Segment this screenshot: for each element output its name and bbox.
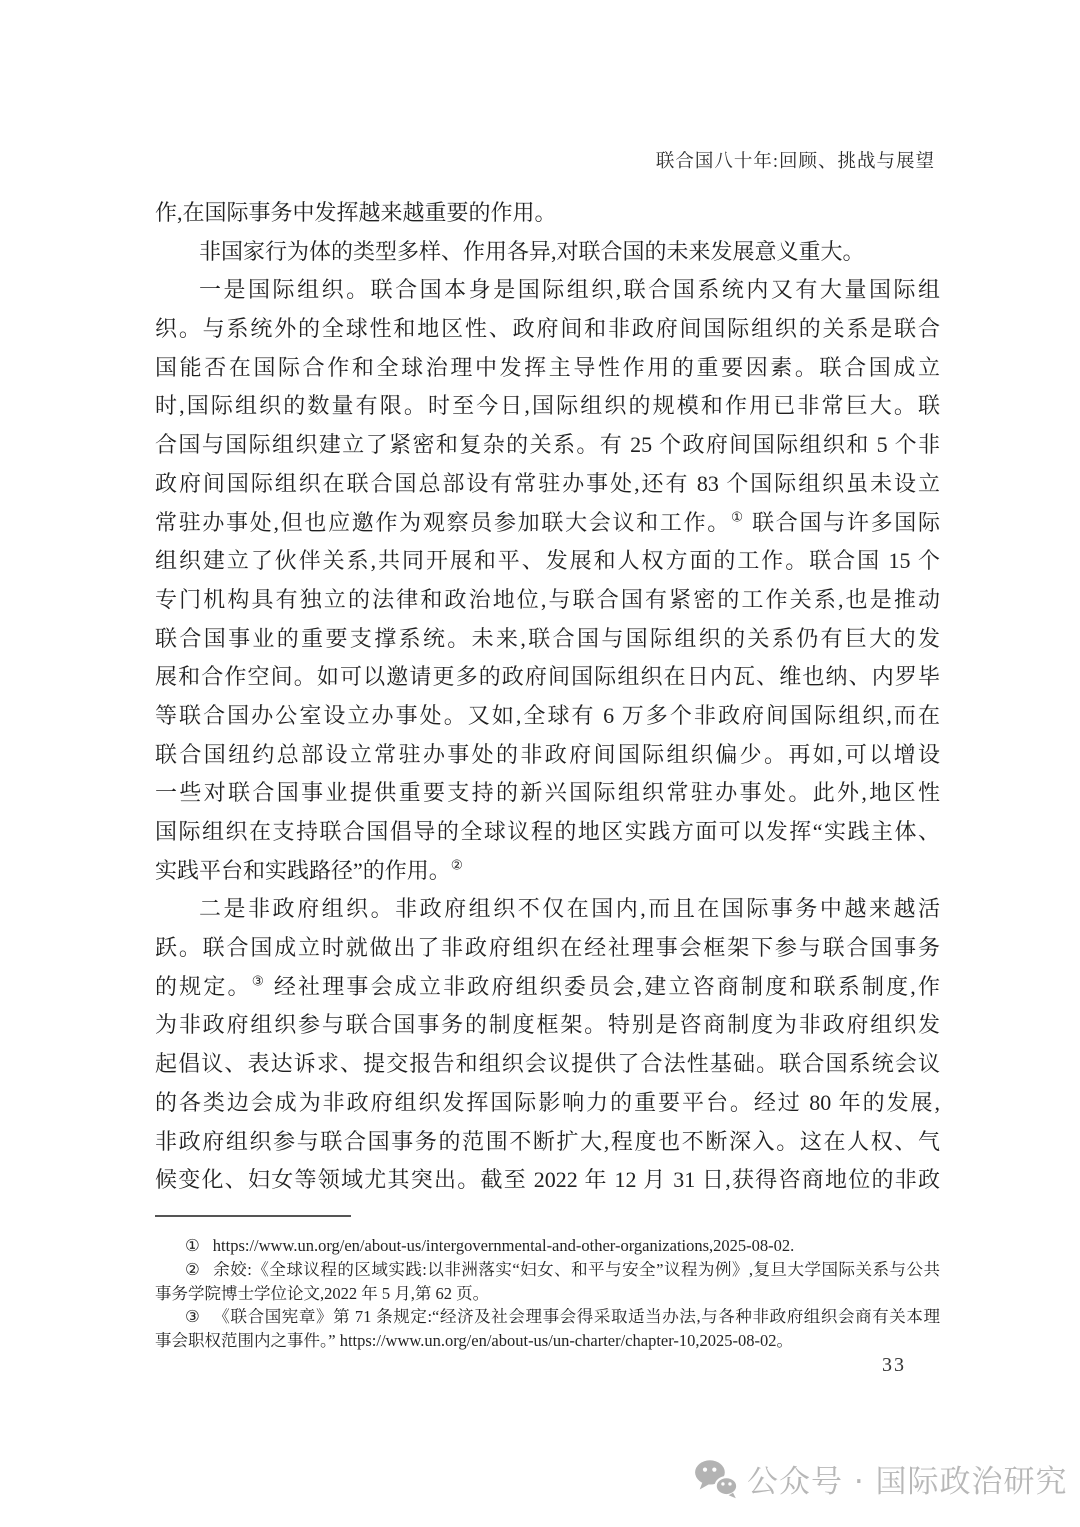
body-text: 作,在国际事务中发挥越来越重要的作用。 非国家行为体的类型多样、作用各异,对联合… [155,194,940,1200]
body-line: 一些对联合国事业提供重要支持的新兴国际组织常驻办事处。此外,地区性 [155,774,940,813]
footnote-marker: ② [185,1260,200,1279]
body-line: 政府间国际组织在联合国总部设有常驻办事处,还有 83 个国际组织虽未设立 [155,465,940,504]
body-line: 一是国际组织。联合国本身是国际组织,联合国系统内又有大量国际组 [155,271,940,310]
footnote-line: ①https://www.un.org/en/about-us/intergov… [155,1234,940,1258]
body-line: 二是非政府组织。非政府组织不仅在国内,而且在国际事务中越来越活 [155,890,940,929]
footnote-line: 事会职权范围内之事件。” https://www.un.org/en/about… [155,1329,940,1353]
body-line: 实践平台和实践路径”的作用。② [155,852,940,891]
body-line: 的规定。③ 经社理事会成立非政府组织委员会,建立咨商制度和联系制度,作 [155,968,940,1007]
footnote-marker: ③ [185,1307,200,1326]
page-number: 33 [882,1354,906,1377]
footnote-ref: ③ [252,973,266,988]
footnotes: ①https://www.un.org/en/about-us/intergov… [155,1234,940,1353]
watermark: 公众号 · 国际政治研究 [694,1456,1068,1501]
body-line: 时,国际组织的数量有限。时至今日,国际组织的规模和作用已非常巨大。联 [155,387,940,426]
body-line: 非政府组织参与联合国事务的范围不断扩大,程度也不断深入。这在人权、气 [155,1123,940,1162]
body-line: 为非政府组织参与联合国事务的制度框架。特别是咨商制度为非政府组织发 [155,1006,940,1045]
body-line: 常驻办事处,但也应邀作为观察员参加联大会议和工作。① 联合国与许多国际 [155,504,940,543]
footnote-marker: ① [185,1236,200,1255]
document-page: 联合国八十年:回顾、挑战与展望 作,在国际事务中发挥越来越重要的作用。 非国家行… [0,0,1080,1527]
body-line: 国能否在国际合作和全球治理中发挥主导性作用的重要因素。联合国成立 [155,349,940,388]
body-line: 专门机构具有独立的法律和政治地位,与联合国有紧密的工作关系,也是推动 [155,581,940,620]
body-line: 跃。联合国成立时就做出了非政府组织在经社理事会框架下参与联合国事务 [155,929,940,968]
body-line: 联合国事业的重要支撑系统。未来,联合国与国际组织的关系仍有巨大的发 [155,620,940,659]
body-line: 候变化、妇女等领域尤其突出。截至 2022 年 12 月 31 日,获得咨商地位… [155,1161,940,1200]
footnote-line: 事务学院博士学位论文,2022 年 5 月,第 62 页。 [155,1282,940,1306]
footnote-separator [155,1215,351,1217]
body-line: 国际组织在支持联合国倡导的全球议程的地区实践方面可以发挥“实践主体、 [155,813,940,852]
footnote-ref: ② [451,857,463,872]
body-line: 的各类边会成为非政府组织发挥国际影响力的重要平台。经过 80 年的发展, [155,1084,940,1123]
body-line: 等联合国办公室设立办事处。又如,全球有 6 万多个非政府间国际组织,而在 [155,697,940,736]
running-header: 联合国八十年:回顾、挑战与展望 [656,147,935,173]
body-line: 起倡议、表达诉求、提交报告和组织会议提供了合法性基础。联合国系统会议 [155,1045,940,1084]
body-line: 非国家行为体的类型多样、作用各异,对联合国的未来发展意义重大。 [155,233,940,272]
body-line: 联合国纽约总部设立常驻办事处的非政府间国际组织偏少。再如,可以增设 [155,736,940,775]
body-line: 织。与系统外的全球性和地区性、政府间和非政府间国际组织的关系是联合 [155,310,940,349]
footnote-ref: ① [731,509,745,524]
footnote-line: ②余姣:《全球议程的区域实践:以非洲落实“妇女、和平与安全”议程为例》,复旦大学… [155,1258,940,1282]
wechat-icon [694,1459,738,1499]
body-line: 作,在国际事务中发挥越来越重要的作用。 [155,194,940,233]
body-line: 展和合作空间。如可以邀请更多的政府间国际组织在日内瓦、维也纳、内罗毕 [155,658,940,697]
body-line: 合国与国际组织建立了紧密和复杂的关系。有 25 个政府间国际组织和 5 个非 [155,426,940,465]
footnote-line: ③《联合国宪章》第 71 条规定:“经济及社会理事会得采取适当办法,与各种非政府… [155,1305,940,1329]
watermark-text: 公众号 · 国际政治研究 [747,1456,1068,1501]
body-line: 组织建立了伙伴关系,共同开展和平、发展和人权方面的工作。联合国 15 个 [155,542,940,581]
